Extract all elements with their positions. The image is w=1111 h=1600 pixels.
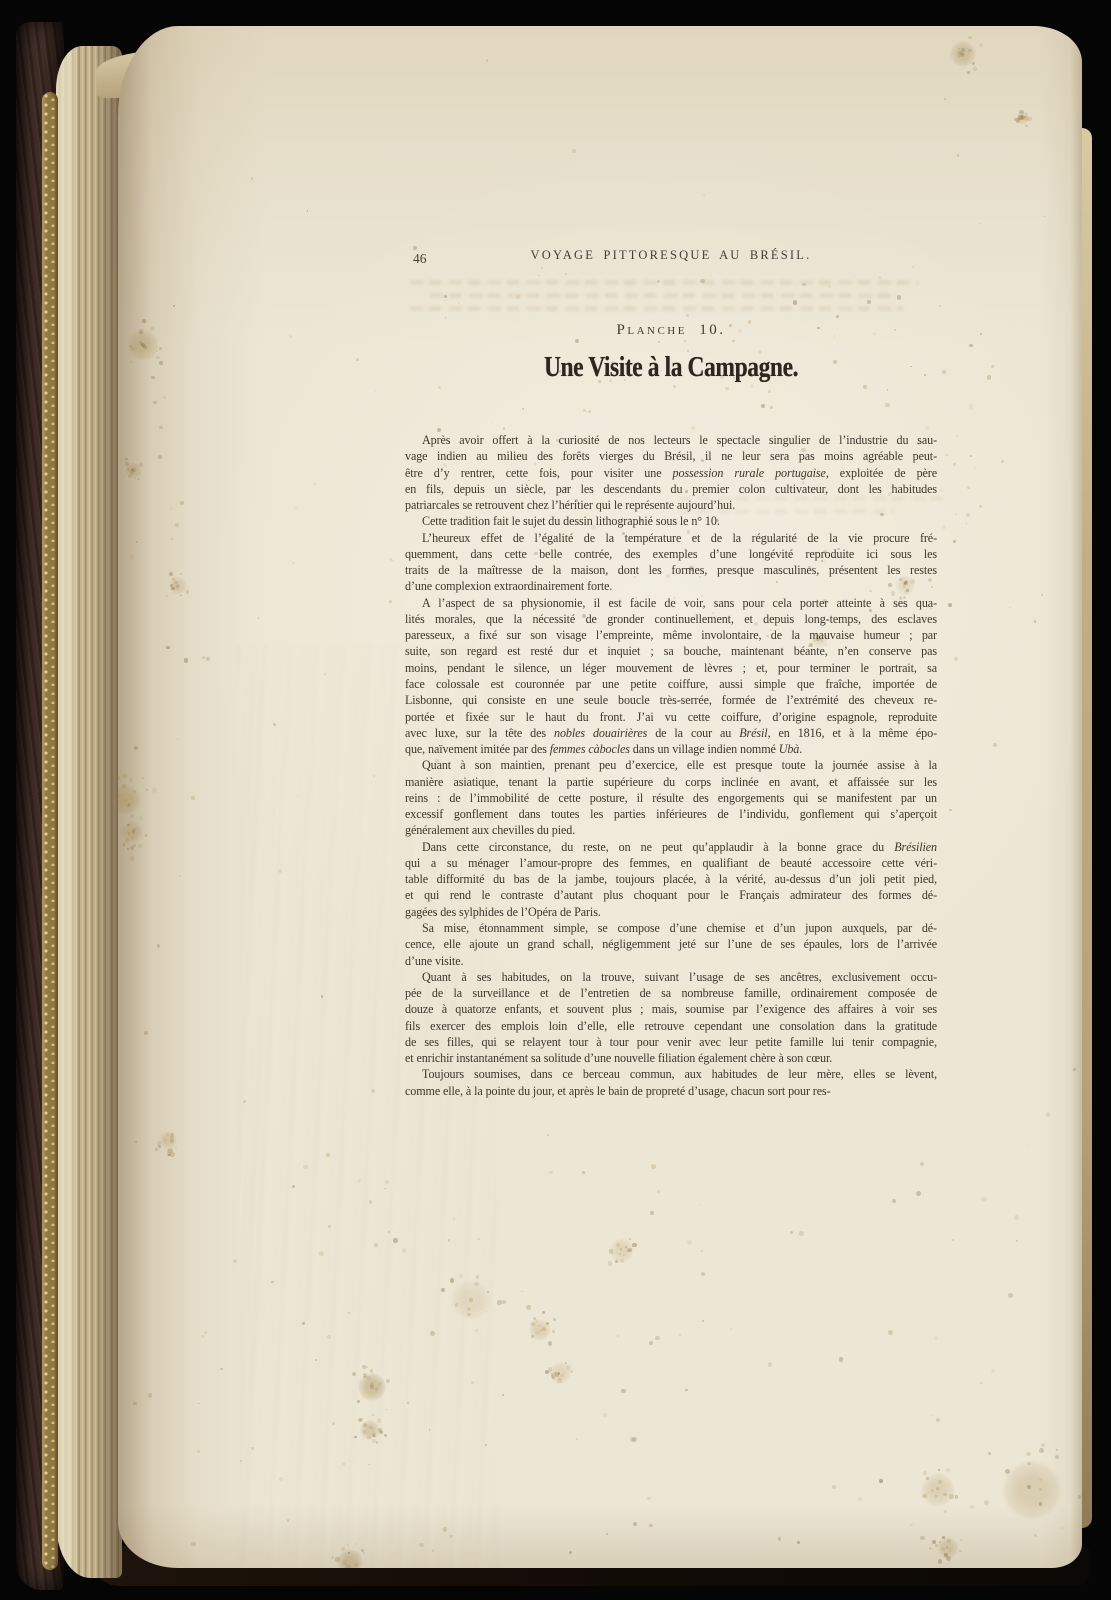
text-line: pée de la surveillance et de l’entretien…: [405, 985, 937, 1001]
page-header: 46 VOYAGE PITTORESQUE AU BRÉSIL.: [405, 248, 937, 266]
text-line: table difformité du bas de la jambe, tou…: [405, 871, 937, 887]
paragraph: Sa mise, étonnamment simple, se compose …: [405, 920, 937, 969]
body-text: Après avoir offert à la curiosité de nos…: [405, 432, 937, 1099]
gilt-page-edge: [42, 92, 58, 1570]
chapter-title: Une Visite à la Campagne.: [448, 352, 895, 384]
paragraph: Toujours soumises, dans ce berceau commu…: [405, 1066, 937, 1099]
text-line: Lisbonne, qui consiste en une seule bouc…: [405, 692, 937, 708]
text-line: manière asiatique, tenant la partie supé…: [405, 774, 937, 790]
text-line: Cette tradition fait le sujet du dessin …: [405, 513, 937, 529]
text-line: gagées des sylphides de l’Opéra de Paris…: [405, 904, 937, 920]
text-line: paresseux, a fixé sur son visage l’empre…: [405, 627, 937, 643]
text-line: être d’y rentrer, cette fois, pour visit…: [405, 465, 937, 481]
text-line: avec luxe, sur la tête des nobles douair…: [405, 725, 937, 741]
paragraph: Quant à ses habitudes, on la trouve, sui…: [405, 969, 937, 1067]
text-line: quemment, dans cette belle contrée, des …: [405, 546, 937, 562]
left-page-edges: [56, 46, 122, 1578]
paragraph: Cette tradition fait le sujet du dessin …: [405, 513, 937, 529]
text-line: L’heureux effet de l’égalité de la tempé…: [405, 530, 937, 546]
text-line: Quant à son maintien, prenant peu d’exer…: [405, 757, 937, 773]
text-line: Sa mise, étonnamment simple, se compose …: [405, 920, 937, 936]
text-line: en fils, depuis un siècle, par les desce…: [405, 481, 937, 497]
text-line: comme elle, à la pointe du jour, et aprè…: [405, 1083, 937, 1099]
text-line: cence, elle ajoute un grand schall, négl…: [405, 936, 937, 952]
text-line: douze à quatorze enfants, et souvent plu…: [405, 1001, 937, 1017]
text-line: suite, son regard est resté dur et inqui…: [405, 643, 937, 659]
paragraph: A l’aspect de sa physionomie, il est fac…: [405, 595, 937, 758]
text-line: de ses filles, qui se relayent tour à to…: [405, 1034, 937, 1050]
text-line: généralement aux chevilles du pied.: [405, 822, 937, 838]
text-line: traits de la maîtresse de la maison, don…: [405, 562, 937, 578]
running-head: VOYAGE PITTORESQUE AU BRÉSIL.: [405, 248, 937, 263]
book-page: 46 VOYAGE PITTORESQUE AU BRÉSIL. Planche…: [118, 26, 1082, 1568]
text-line: vage indien au milieu des forêts vierges…: [405, 448, 937, 464]
paragraph: Dans cette circonstance, du reste, on ne…: [405, 839, 937, 920]
text-line: A l’aspect de sa physionomie, il est fac…: [405, 595, 937, 611]
text-line: Après avoir offert à la curiosité de nos…: [405, 432, 937, 448]
paragraph: L’heureux effet de l’égalité de la tempé…: [405, 530, 937, 595]
text-line: Dans cette circonstance, du reste, on ne…: [405, 839, 937, 855]
text-line: et qui rend le contraste d’autant plus c…: [405, 887, 937, 903]
text-line: reins : de l’immobilité de cette posture…: [405, 790, 937, 806]
text-line: excessif gonflement dans toutes les part…: [405, 806, 937, 822]
page-number: 46: [413, 251, 427, 267]
text-line: patriarcales se retrouvent chez l’hériti…: [405, 497, 937, 513]
text-line: que, naïvement imitée par des femmes càb…: [405, 741, 937, 757]
text-line: lités morales, que la nécessité de grond…: [405, 611, 937, 627]
text-line: et enrichir instantanément sa solitude d…: [405, 1050, 937, 1066]
text-line: Quant à ses habitudes, on la trouve, sui…: [405, 969, 937, 985]
text-line: portée et fixée sur le haut du front. J’…: [405, 709, 937, 725]
text-block: 46 VOYAGE PITTORESQUE AU BRÉSIL. Planche…: [405, 248, 937, 266]
plate-heading: Planche 10.: [405, 322, 937, 339]
text-line: qui a su ménager l’amour-propre des femm…: [405, 855, 937, 871]
text-line: Toujours soumises, dans ce berceau commu…: [405, 1066, 937, 1082]
paragraph: Quant à son maintien, prenant peu d’exer…: [405, 757, 937, 838]
text-line: d’une complexion extraordinairement fort…: [405, 578, 937, 594]
text-line: moins, pendant le silence, un léger mouv…: [405, 660, 937, 676]
paragraph: Après avoir offert à la curiosité de nos…: [405, 432, 937, 513]
text-line: d’une visite.: [405, 953, 937, 969]
text-line: fils exercer des emplois loin d’elle, el…: [405, 1018, 937, 1034]
book-scan-photo: 46 VOYAGE PITTORESQUE AU BRÉSIL. Planche…: [0, 0, 1111, 1600]
text-line: face colossale est couronnée par une pet…: [405, 676, 937, 692]
